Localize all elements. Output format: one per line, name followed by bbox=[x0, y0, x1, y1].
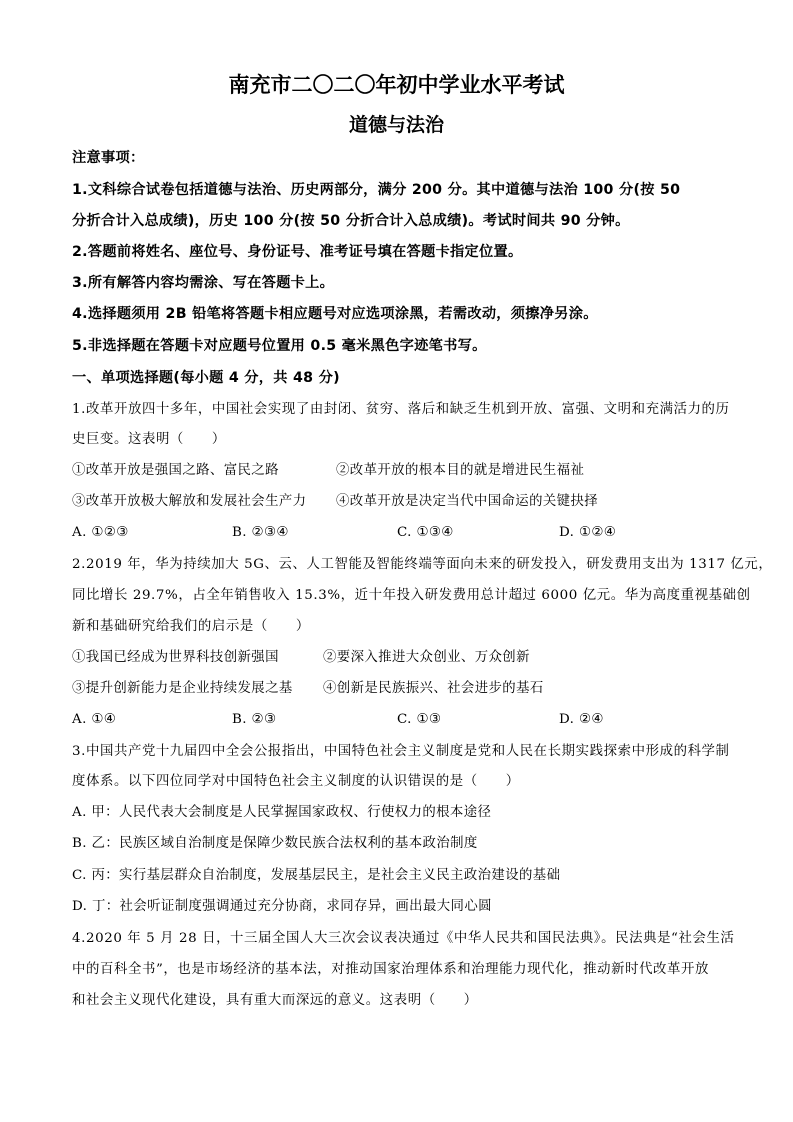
choice-a[interactable]: A. ①④ bbox=[72, 710, 116, 730]
question-stem: 度体系。以下四位同学对中国特色社会主义制度的认识错误的是（ ） bbox=[72, 772, 520, 792]
choice-d[interactable]: D. 丁：社会听证制度强调通过充分协商，求同存异，画出最大同心圆 bbox=[72, 897, 492, 917]
note-line: 分折合计入总成绩)，历史 100 分(按 50 分折合计入总成绩)。考试时间共 … bbox=[72, 211, 630, 231]
choice-b[interactable]: B. ②③④ bbox=[232, 523, 289, 543]
choice-c[interactable]: C. 丙：实行基层群众自治制度，发展基层民主，是社会主义民主政治建设的基础 bbox=[72, 866, 560, 886]
question-stem: 中的百科全书”，也是市场经济的基本法，对推动国家治理体系和治理能力现代化，推动新… bbox=[72, 960, 709, 980]
choice-d[interactable]: D. ②④ bbox=[559, 710, 604, 730]
question-stem: 2.2019 年，华为持续加大 5G、云、人工智能及智能终端等面向未来的研发投入… bbox=[72, 555, 772, 575]
note-line: 5.非选择题在答题卡对应题号位置用 0.5 毫米黑色字迹笔书写。 bbox=[72, 336, 487, 356]
statement: ③提升创新能力是企业持续发展之基 bbox=[72, 679, 293, 699]
page-title: 南充市二〇二〇年初中学业水平考试 bbox=[0, 72, 793, 98]
section-title: 一、单项选择题(每小题 4 分，共 48 分) bbox=[72, 368, 340, 388]
question-stem: 4.2020 年 5 月 28 日，十三届全国人大三次会议表决通过《中华人民共和… bbox=[72, 929, 734, 949]
choice-a[interactable]: A. ①②③ bbox=[72, 523, 129, 543]
statement: ④创新是民族振兴、社会进步的基石 bbox=[323, 679, 544, 699]
statement: ①改革开放是强国之路、富民之路 bbox=[72, 461, 279, 481]
choice-b[interactable]: B. ②③ bbox=[232, 710, 276, 730]
note-line: 4.选择题须用 2B 铅笔将答题卡相应题号对应选项涂黑，若需改动，须擦净另涂。 bbox=[72, 304, 598, 324]
choice-a[interactable]: A. 甲：人民代表大会制度是人民掌握国家政权、行使权力的根本途径 bbox=[72, 803, 491, 823]
question-stem: 3.中国共产党十九届四中全会公报指出，中国特色社会主义制度是党和人民在长期实践探… bbox=[72, 742, 730, 762]
choice-c[interactable]: C. ①③ bbox=[397, 710, 441, 730]
statement: ②要深入推进大众创业、万众创新 bbox=[323, 648, 530, 668]
statement: ④改革开放是决定当代中国命运的关键抉择 bbox=[336, 492, 598, 512]
question-stem: 新和基础研究给我们的启示是（ ） bbox=[72, 617, 310, 637]
question-stem: 同比增长 29.7%，占全年销售收入 15.3%，近十年投入研发费用总计超过 6… bbox=[72, 586, 751, 606]
note-line: 2.答题前将姓名、座位号、身份证号、准考证号填在答题卡指定位置。 bbox=[72, 242, 523, 262]
note-line: 3.所有解答内容均需涂、写在答题卡上。 bbox=[72, 273, 334, 293]
notes-heading: 注意事项： bbox=[72, 148, 144, 168]
statement: ③改革开放极大解放和发展社会生产力 bbox=[72, 492, 306, 512]
page-subtitle: 道德与法治 bbox=[0, 113, 793, 137]
question-stem: 和社会主义现代化建设，具有重大而深远的意义。这表明（ ） bbox=[72, 991, 478, 1011]
statement: ②改革开放的根本目的就是增进民生福祉 bbox=[336, 461, 584, 481]
choice-c[interactable]: C. ①③④ bbox=[397, 523, 454, 543]
note-line: 1.文科综合试卷包括道德与法治、历史两部分，满分 200 分。其中道德与法治 1… bbox=[72, 180, 680, 200]
question-stem: 史巨变。这表明（ ） bbox=[72, 430, 226, 450]
question-stem: 1.改革开放四十多年，中国社会实现了由封闭、贫穷、落后和缺乏生机到开放、富强、文… bbox=[72, 400, 730, 420]
choice-d[interactable]: D. ①②④ bbox=[559, 523, 616, 543]
statement: ①我国已经成为世界科技创新强国 bbox=[72, 648, 279, 668]
choice-b[interactable]: B. 乙：民族区域自治制度是保障少数民族合法权利的基本政治制度 bbox=[72, 834, 478, 854]
